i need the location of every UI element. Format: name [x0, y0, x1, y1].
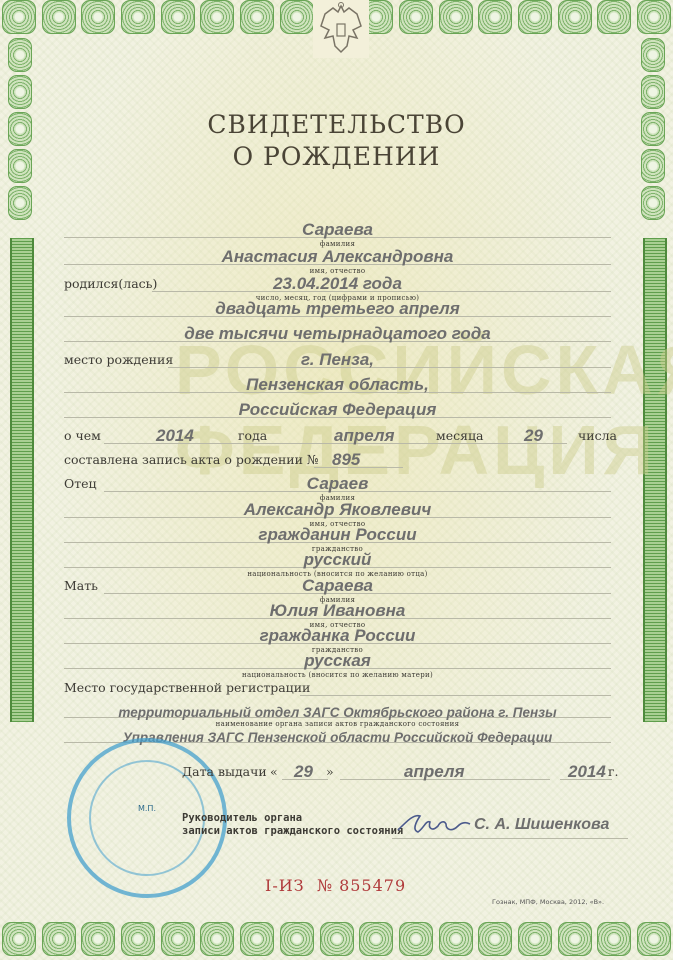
father-nationality-row: русский	[64, 548, 611, 570]
document-title: СВИДЕТЕЛЬСТВО	[0, 110, 673, 139]
issue-month: апреля	[404, 762, 464, 782]
border-rosette	[81, 0, 115, 34]
serial-number-sign: №	[317, 876, 333, 895]
registration-label: Место государственной регистрации	[64, 680, 310, 695]
border-rosette	[42, 922, 76, 956]
year-label: года	[238, 428, 267, 443]
border-rosette	[641, 186, 665, 220]
issue-year: 2014	[568, 762, 606, 782]
border-rosette	[359, 922, 393, 956]
border-rosette	[399, 0, 433, 34]
birthplace-region: Пензенская область,	[64, 375, 611, 395]
handwritten-signature	[396, 810, 472, 838]
month-label: месяца	[436, 428, 484, 443]
record-date-row: о чем 2014 года апреля месяца 29 числа	[64, 424, 611, 446]
border-rosette	[637, 0, 671, 34]
document-subtitle: О РОЖДЕНИИ	[0, 142, 673, 171]
border-rosette	[558, 0, 592, 34]
birth-date-row: родился(лась) 23.04.2014 года	[64, 272, 611, 294]
birth-date-words-row-2: две тысячи четырнадцатого года	[64, 322, 611, 344]
border-rosette	[597, 0, 631, 34]
child-surname: Сараева	[64, 220, 611, 240]
issue-date-label: Дата выдачи	[182, 764, 267, 779]
border-rosette	[2, 0, 36, 34]
mother-surname-row: Мать Сараева	[64, 574, 611, 596]
border-rosette	[399, 922, 433, 956]
border-rosette	[558, 922, 592, 956]
day-label: числа	[578, 428, 617, 443]
border-rosette	[641, 75, 665, 109]
border-rosette	[8, 186, 32, 220]
year-suffix: г.	[608, 764, 619, 779]
registration-office: территориальный отдел ЗАГС Октябрьского …	[64, 705, 611, 720]
birthplace-row-3: Российская Федерация	[64, 398, 611, 420]
border-rosette	[240, 922, 274, 956]
registration-office-row: территориальный отдел ЗАГС Октябрьского …	[64, 698, 611, 720]
birthplace-row-1: место рождения г. Пенза,	[64, 348, 611, 370]
father-surname-row: Отец Сараев	[64, 472, 611, 494]
act-number-row: составлена запись акта о рождении № 895	[64, 448, 403, 470]
birthplace-row-2: Пензенская область,	[64, 373, 611, 395]
border-rosette	[200, 0, 234, 34]
about-label: о чем	[64, 428, 101, 443]
quote-close: »	[326, 764, 334, 779]
mother-citizenship: гражданка России	[64, 626, 611, 646]
serial-number-value: 855479	[339, 876, 406, 895]
double-headed-eagle-emblem-icon	[313, 0, 369, 58]
registration-label-row: Место государственной регистрации	[64, 676, 611, 698]
border-rosette	[439, 0, 473, 34]
record-month: апреля	[334, 426, 394, 446]
border-rosette	[200, 922, 234, 956]
border-rosette	[240, 0, 274, 34]
mother-surname: Сараева	[64, 576, 611, 596]
issue-day: 29	[294, 762, 313, 782]
border-rosette	[518, 922, 552, 956]
birth-date-words-row-1: двадцать третьего апреля	[64, 297, 611, 319]
child-name-row: Анастасия Александровна	[64, 245, 611, 267]
child-surname-row: Сараева	[64, 218, 611, 240]
signatory-label-line2: записи актов гражданского состояния	[182, 825, 403, 837]
issue-date-row: Дата выдачи « 29 » апреля 2014 г.	[182, 760, 611, 782]
father-name-row: Александр Яковлевич	[64, 498, 611, 520]
border-rosette	[637, 922, 671, 956]
border-rosette	[518, 0, 552, 34]
father-citizenship-row: гражданин России	[64, 523, 611, 545]
signatory-name: С. А. Шишенкова	[474, 816, 609, 834]
mother-name-row: Юлия Ивановна	[64, 599, 611, 621]
mother-citizenship-row: гражданка России	[64, 624, 611, 646]
serial-number: I-ИЗ № 855479	[265, 876, 406, 895]
border-rosette	[641, 38, 665, 72]
act-label: составлена запись акта о рождении №	[64, 452, 319, 467]
border-rosette	[8, 38, 32, 72]
act-number: 895	[332, 450, 360, 470]
ornamental-border-bottom	[0, 922, 673, 960]
certificate-sheet: РОССИЙСКАЯ ФЕДЕРАЦИЯ СВИДЕТЕЛЬСТВО О РОЖ…	[0, 0, 673, 960]
birth-date-words-2: две тысячи четырнадцатого года	[64, 324, 611, 344]
father-surname: Сараев	[64, 474, 611, 494]
border-rosette	[439, 922, 473, 956]
father-name-patronymic: Александр Яковлевич	[64, 500, 611, 520]
border-rosette	[8, 75, 32, 109]
border-rosette	[161, 0, 195, 34]
birthplace-country: Российская Федерация	[64, 400, 611, 420]
child-name-patronymic: Анастасия Александровна	[64, 247, 611, 267]
border-rosette	[320, 922, 354, 956]
birth-date: 23.04.2014 года	[64, 274, 611, 294]
border-rosette	[597, 922, 631, 956]
border-rosette	[280, 922, 314, 956]
mother-name-patronymic: Юлия Ивановна	[64, 601, 611, 621]
border-rosette	[478, 0, 512, 34]
father-nationality: русский	[64, 550, 611, 570]
border-rosette	[280, 0, 314, 34]
signatory-label-line1: Руководитель органа	[182, 812, 302, 824]
mother-nationality: русская	[64, 651, 611, 671]
border-rosette	[81, 922, 115, 956]
border-rosette	[2, 922, 36, 956]
birthplace-city: г. Пенза,	[64, 350, 611, 370]
quote-open: «	[270, 764, 278, 779]
border-rosette	[121, 0, 155, 34]
border-rosette	[478, 922, 512, 956]
record-day: 29	[524, 426, 543, 446]
mother-nationality-row: русская	[64, 649, 611, 671]
border-rosette	[42, 0, 76, 34]
printer-note: Гознак, МПФ, Москва, 2012, «В».	[492, 898, 604, 906]
father-citizenship: гражданин России	[64, 525, 611, 545]
serial-series: I-ИЗ	[265, 876, 305, 895]
border-rosette	[121, 922, 155, 956]
record-year: 2014	[156, 426, 194, 446]
border-rosette	[161, 922, 195, 956]
birth-date-words-1: двадцать третьего апреля	[64, 299, 611, 319]
